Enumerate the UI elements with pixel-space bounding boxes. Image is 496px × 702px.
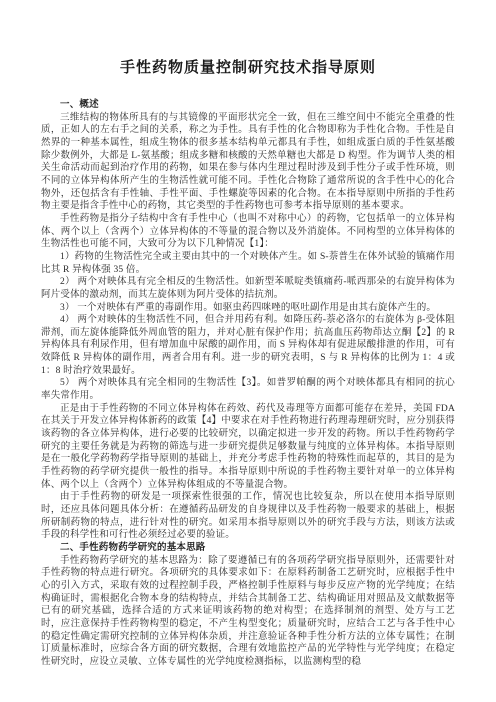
paragraph: 手性药物是指分子结构中含有手性中心（也叫不对称中心）的药物，它包括单一的立体异构…	[41, 213, 455, 251]
document-title: 手性药物质量控制研究技术指导原则	[41, 56, 455, 77]
paragraph: 正是由于手性药物的不同立体异构体在药效、药代及毒理等方面都可能存在差异，美国 F…	[41, 403, 455, 492]
section-heading-overview: 一、概述	[41, 99, 455, 112]
list-item-5: 5） 两个对映体具有完全相同的生物活性【3】。如普罗帕酮的两个对映体都具有相同的…	[41, 377, 455, 402]
paragraph: 由于手性药物的研发是一项探索性很强的工作，情况也比较复杂，所以在使用本指导原则时…	[41, 491, 455, 542]
section-heading-basic-approach: 二、手性药物药学研究的基本思路	[41, 542, 455, 555]
paragraph: 三维结构的物体所具有的与其镜像的平面形状完全一致，但在三维空间中不能完全重叠的性…	[41, 112, 455, 213]
list-item-1: 1）药物的生物活性完全或主要由其中的一个对映体产生。如 S-萘普生在体外试验的镇…	[41, 251, 455, 276]
paragraph: 手性药物药学研究的基本思路为：除了要遵循已有的各项药学研究指导原则外，还需要针对…	[41, 555, 455, 669]
list-item-2: 2） 两个对映体具有完全相反的生物活性。如新型苯哌啶类镇痛药-哌西那朵的右旋异构…	[41, 276, 455, 301]
document-page: 手性药物质量控制研究技术指导原则 一、概述 三维结构的物体所具有的与其镜像的平面…	[0, 0, 496, 702]
list-item-3: 3） 一个对映体有严重的毒副作用。如驱虫药四咪唑的呕吐副作用是由其右旋体产生的。	[41, 302, 455, 315]
list-item-4: 4） 两个对映体的生物活性不同，但合并用药有利。如降压药-萘必洛尔的右旋体为 β…	[41, 314, 455, 377]
